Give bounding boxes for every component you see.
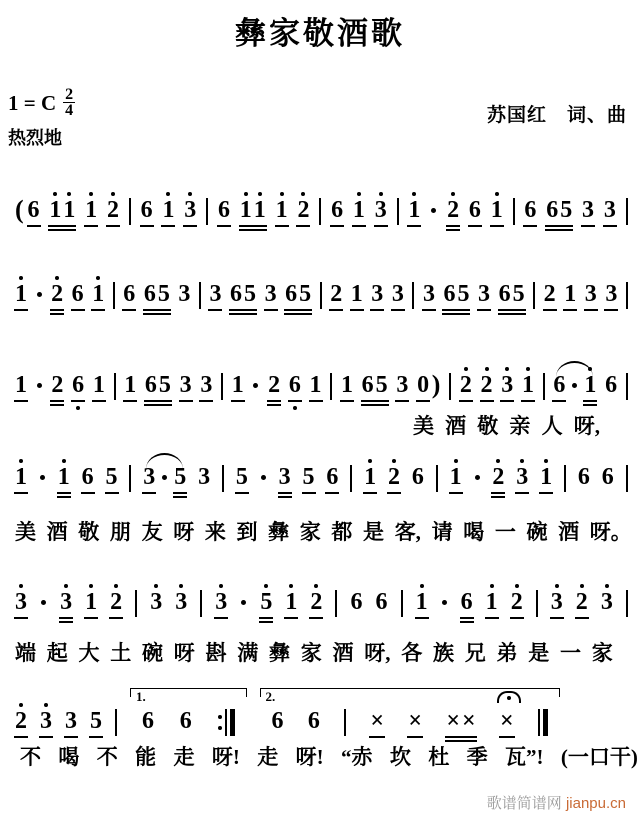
duration-underline xyxy=(325,492,339,494)
note-digit: 6 xyxy=(230,275,242,307)
note: 6 xyxy=(308,702,320,746)
note-digit: 2 xyxy=(388,458,400,490)
time-signature-bottom: 4 xyxy=(63,102,75,118)
octave-dot-slot xyxy=(451,702,456,709)
octave-dot-slot xyxy=(76,366,81,373)
lyric-syllable: 呀, xyxy=(364,637,390,667)
note-digit: 3 xyxy=(143,458,155,490)
note-digit: 1 xyxy=(351,275,363,307)
time-signature-top: 2 xyxy=(65,88,73,102)
duration-underline xyxy=(264,309,278,311)
barline xyxy=(449,373,451,400)
note: 5 xyxy=(260,583,272,627)
note: 1 xyxy=(232,366,244,410)
octave-dot-above-icon xyxy=(154,583,159,590)
octave-dot-slot xyxy=(289,275,294,282)
barline xyxy=(626,282,628,309)
note: 1 xyxy=(364,458,376,502)
key-label: 1 = C xyxy=(8,91,56,116)
note: 65 xyxy=(145,366,171,410)
note: 2 xyxy=(51,275,63,319)
lyric-syllable: 来 xyxy=(205,516,226,546)
note: 5 xyxy=(90,702,102,746)
note-digit: 3 xyxy=(175,583,187,615)
octave-dot-above-icon xyxy=(243,191,248,198)
lyric-syllable: 兄 xyxy=(465,637,486,667)
barline xyxy=(135,590,137,617)
duration-underline xyxy=(550,617,564,619)
music-line-4: 11653535356126123166 xyxy=(15,458,628,502)
lyric-syllable: 族 xyxy=(433,637,454,667)
note-digit: 5 xyxy=(260,583,272,615)
lyric-syllable: 不 xyxy=(20,741,41,771)
sheet-music-page: 彝家敬酒歌 1 = C 2 4 苏国红 词、曲 热烈地 (61112613611… xyxy=(0,0,640,821)
octave-dot-above-icon xyxy=(356,191,361,198)
octave-dot-above-icon xyxy=(588,366,593,373)
barline xyxy=(436,465,438,492)
octave-dot-above-icon xyxy=(301,191,306,198)
duration-underline xyxy=(480,400,494,402)
music-line-3: 126116533126116530)2231616 xyxy=(15,366,628,410)
lyric-syllable: 呀! xyxy=(296,741,324,771)
duration-underline xyxy=(491,492,505,494)
duration-underline xyxy=(446,225,460,227)
note: 3 xyxy=(371,275,383,319)
note-digit: 1 xyxy=(232,366,244,398)
duration-underline xyxy=(278,496,292,498)
barline xyxy=(200,590,202,617)
note-digit: 1 xyxy=(540,458,552,490)
note: 0 xyxy=(417,366,429,410)
note: 2 xyxy=(511,583,523,627)
duration-underline xyxy=(161,225,175,227)
augmentation-dot-icon xyxy=(161,465,168,490)
note: 3 xyxy=(501,366,513,410)
note: 1 xyxy=(540,458,552,502)
slur-group: 61 xyxy=(553,366,596,410)
octave-dot-slot xyxy=(85,458,90,465)
augmentation-dot-icon xyxy=(240,590,247,615)
lyric-syllable: 彝 xyxy=(268,516,289,546)
note: 2 xyxy=(107,191,119,235)
octave-dot-slot xyxy=(178,458,183,465)
octave-dot-slot xyxy=(272,366,277,373)
duration-underline xyxy=(239,229,267,231)
lyric-syllable: 是 xyxy=(528,637,549,667)
lyric-syllable: 美 xyxy=(15,516,36,546)
note: 2 xyxy=(460,366,472,410)
note: 6 xyxy=(602,458,614,502)
note-digit: 1 xyxy=(564,275,576,307)
duration-underline xyxy=(208,309,222,311)
octave-dot-slot xyxy=(504,702,509,709)
note-digit: × xyxy=(462,702,476,734)
octave-dot-slot xyxy=(221,191,226,198)
octave-dot-above-icon xyxy=(494,191,499,198)
note-digit: 3 xyxy=(215,583,227,615)
note-digit: 5 xyxy=(244,275,256,307)
note-digit: 3 xyxy=(265,275,277,307)
duration-underline xyxy=(239,225,267,227)
note: 1 xyxy=(564,275,576,319)
note-digit: 2 xyxy=(576,583,588,615)
note-digit: 1 xyxy=(276,191,288,223)
octave-dot-slot xyxy=(379,366,384,373)
lyric-syllable: 人 xyxy=(542,410,563,440)
duration-underline xyxy=(407,736,423,738)
octave-dot-slot xyxy=(282,458,287,465)
lyric-syllable: 客, xyxy=(395,516,421,546)
duration-underline xyxy=(374,225,388,227)
note: 1 xyxy=(15,366,27,410)
note: 3 xyxy=(178,275,190,319)
parenthesis: ) xyxy=(432,372,441,398)
note-digit: 3 xyxy=(585,275,597,307)
duration-underline xyxy=(460,621,474,623)
repeat-dot xyxy=(218,726,222,730)
note-digit: 3 xyxy=(15,583,27,615)
octave-dot-above-icon xyxy=(110,191,115,198)
duration-underline xyxy=(14,492,28,494)
duration-underline xyxy=(604,309,618,311)
lyric-syllable: “赤 xyxy=(341,741,373,771)
note: 1 xyxy=(486,583,498,627)
duration-underline xyxy=(57,492,71,494)
note-digit: 5 xyxy=(159,366,171,398)
lyric-syllable: 不 xyxy=(97,741,118,771)
octave-dot-slot xyxy=(557,366,562,373)
lyric-syllable: 土 xyxy=(110,637,131,667)
duration-underline xyxy=(267,404,281,406)
note-digit: 1 xyxy=(254,191,266,223)
octave-dot-below-icon xyxy=(76,406,80,410)
note-digit: 2 xyxy=(481,366,493,398)
octave-dot-above-icon xyxy=(19,583,24,590)
duration-underline xyxy=(235,492,249,494)
note-digit: × xyxy=(370,702,384,734)
note-digit: 1 xyxy=(15,275,27,307)
note: 2 xyxy=(492,458,504,502)
barline xyxy=(320,282,322,309)
lyric-syllable: 都 xyxy=(331,516,352,546)
duration-underline xyxy=(309,617,323,619)
note: 6 xyxy=(412,458,424,502)
note: 6 xyxy=(605,366,617,410)
note-digit: 5 xyxy=(560,191,572,223)
note-digit: 1 xyxy=(240,191,252,223)
lyrics-line-3: 端起大土碗呀斟满彝家酒呀,各族兄弟是一家 xyxy=(15,637,613,667)
note-digit: 2 xyxy=(51,275,63,307)
octave-dot-above-icon xyxy=(604,583,609,590)
note-digit: 1 xyxy=(353,191,365,223)
barline xyxy=(129,198,131,225)
duration-underline xyxy=(491,496,505,498)
duration-underline xyxy=(490,225,504,227)
note-digit: 6 xyxy=(461,583,473,615)
duration-underline xyxy=(259,617,273,619)
lyric-syllable: 家 xyxy=(300,516,321,546)
thick-bar xyxy=(543,709,548,736)
duration-underline xyxy=(105,492,119,494)
octave-dot-slot xyxy=(426,275,431,282)
note: 2 xyxy=(297,191,309,235)
duration-underline xyxy=(214,617,228,619)
octave-dot-above-icon xyxy=(264,583,269,590)
duration-underline xyxy=(71,400,85,402)
note-digit: 2 xyxy=(310,583,322,615)
octave-dot-slot xyxy=(375,702,380,709)
note-digit: 6 xyxy=(326,458,338,490)
lyric-syllable: 家 xyxy=(592,637,613,667)
duration-underline xyxy=(288,400,302,402)
note: 65 xyxy=(499,275,525,319)
octave-dot-slot xyxy=(354,275,359,282)
octave-dot-above-icon xyxy=(489,583,494,590)
note-digit: 6 xyxy=(72,366,84,398)
duration-underline xyxy=(229,309,257,311)
barline xyxy=(412,282,414,309)
duration-underline xyxy=(370,309,384,311)
duration-underline xyxy=(387,492,401,494)
barline xyxy=(626,590,628,617)
octave-dot-slot xyxy=(586,191,591,198)
barline xyxy=(199,282,201,309)
note-digit: 3 xyxy=(65,702,77,734)
duration-underline xyxy=(50,404,64,406)
duration-underline xyxy=(71,309,85,311)
duration-underline xyxy=(460,617,474,619)
note: 1 xyxy=(341,366,353,410)
music-line-5: 3312333512661612323 xyxy=(15,583,628,627)
duration-underline xyxy=(575,617,589,619)
lyric-syllable: (一口干) xyxy=(561,741,638,771)
octave-dot-slot xyxy=(311,702,316,709)
duration-underline xyxy=(498,313,526,315)
octave-dot-above-icon xyxy=(378,191,383,198)
note-digit: 5 xyxy=(106,458,118,490)
octave-dot-above-icon xyxy=(257,191,262,198)
note: 2 xyxy=(110,583,122,627)
octave-dot-above-icon xyxy=(484,366,489,373)
note: 3 xyxy=(15,583,27,627)
note: 1 xyxy=(15,275,27,319)
octave-dot-slot xyxy=(415,458,420,465)
note: 3 xyxy=(392,275,404,319)
note: × xyxy=(500,702,514,746)
augmentation-dot-icon xyxy=(571,373,578,398)
note-digit: 1 xyxy=(85,583,97,615)
duration-underline xyxy=(64,736,78,738)
octave-dot-slot xyxy=(268,275,273,282)
note: 2 xyxy=(481,366,493,410)
duration-underline xyxy=(259,621,273,623)
note-digit: 6 xyxy=(141,191,153,223)
thick-bar xyxy=(230,709,235,736)
composer-credit: 苏国红 词、曲 xyxy=(487,100,627,127)
note-digit: 5 xyxy=(457,275,469,307)
note: 1 xyxy=(93,366,105,410)
note-digit: 6 xyxy=(412,458,424,490)
note-digit: 6 xyxy=(142,702,154,734)
note: 1 xyxy=(15,458,27,502)
note-digit: 2 xyxy=(51,366,63,398)
lyric-syllable: 呀 xyxy=(173,516,194,546)
duration-underline xyxy=(92,400,106,402)
note: 3 xyxy=(605,275,617,319)
duration-underline xyxy=(183,225,197,227)
octave-dot-slot xyxy=(607,191,612,198)
note: 2 xyxy=(310,583,322,627)
note: 3 xyxy=(209,275,221,319)
barline xyxy=(626,373,628,400)
barline xyxy=(319,198,321,225)
note-digit: 6 xyxy=(499,275,511,307)
volta-bracket: 2.66××××× xyxy=(260,702,560,746)
octave-dot-above-icon xyxy=(19,702,24,709)
note-digit: 1 xyxy=(522,366,534,398)
octave-dot-slot xyxy=(379,583,384,590)
note: 6 xyxy=(82,458,94,502)
octave-dot-slot xyxy=(96,366,101,373)
note: 1 xyxy=(85,583,97,627)
duration-underline xyxy=(14,736,28,738)
lyric-syllable: 瓦”! xyxy=(505,741,544,771)
duration-underline xyxy=(123,400,137,402)
octave-dot-above-icon xyxy=(289,583,294,590)
note: 1 xyxy=(58,458,70,502)
octave-dot-slot xyxy=(55,366,60,373)
augmentation-dot-icon xyxy=(441,590,448,615)
note-digit: 1 xyxy=(408,191,420,223)
note-digit: 3 xyxy=(392,275,404,307)
note-digit: 6 xyxy=(602,458,614,490)
duration-underline xyxy=(499,736,515,738)
octave-dot-above-icon xyxy=(419,583,424,590)
note: 2 xyxy=(15,702,27,746)
note-digit: 3 xyxy=(423,275,435,307)
slur-group: 35 xyxy=(143,458,186,502)
octave-dot-slot xyxy=(303,275,308,282)
duration-underline xyxy=(449,492,463,494)
lyric-syllable: 呀。 xyxy=(590,516,632,546)
octave-dot-slot xyxy=(502,275,507,282)
lyrics-line-2: 美酒敬朋友呀来到彝家都是客,请喝一碗酒呀。 xyxy=(15,516,632,546)
note: 3 xyxy=(279,458,291,502)
note-digit: 6 xyxy=(605,366,617,398)
volta-measures: 66 xyxy=(130,702,247,746)
duration-underline xyxy=(106,225,120,227)
note: 1 xyxy=(276,191,288,235)
lyric-syllable: 一 xyxy=(495,516,516,546)
barline xyxy=(397,198,399,225)
fermata-icon xyxy=(497,691,521,703)
octave-dot-slot xyxy=(564,191,569,198)
barline xyxy=(115,709,117,736)
note-digit: 5 xyxy=(303,458,315,490)
lyric-syllable: 各 xyxy=(401,637,422,667)
note-digit: 5 xyxy=(174,458,186,490)
duration-underline xyxy=(500,400,514,402)
note: 5 xyxy=(174,458,186,502)
octave-dot-slot xyxy=(421,366,426,373)
octave-dot-slot xyxy=(94,702,99,709)
thin-bar xyxy=(225,709,227,736)
duration-underline xyxy=(468,225,482,227)
note-digit: 6 xyxy=(350,583,362,615)
duration-underline xyxy=(329,309,343,311)
lyric-syllable: 一 xyxy=(560,637,581,667)
octave-dot-slot xyxy=(447,275,452,282)
lyric-syllable: 酒 xyxy=(333,637,354,667)
repeat-barline-icon xyxy=(218,709,235,736)
note: × xyxy=(408,702,422,746)
note: 6 xyxy=(469,191,481,235)
duration-underline xyxy=(48,225,76,227)
note-digit: 3 xyxy=(604,191,616,223)
note: 5 xyxy=(236,458,248,502)
note-digit: 1 xyxy=(364,458,376,490)
note-digit: 2 xyxy=(492,458,504,490)
barline xyxy=(626,465,628,492)
duration-underline xyxy=(498,309,526,311)
lyric-syllable: 碗 xyxy=(527,516,548,546)
note-digit: 1 xyxy=(584,366,596,398)
note: 1 xyxy=(162,191,174,235)
duration-underline xyxy=(581,225,595,227)
lyric-syllable: 杜 xyxy=(428,741,449,771)
augmentation-dot-icon xyxy=(430,198,437,223)
note-digit: 5 xyxy=(513,275,525,307)
note: 65 xyxy=(443,275,469,319)
octave-dot-above-icon xyxy=(19,458,24,465)
lyric-syllable: 亲 xyxy=(509,410,530,440)
duration-underline xyxy=(89,736,103,738)
note: 3 xyxy=(601,583,613,627)
note-digit: 5 xyxy=(90,702,102,734)
octave-dot-above-icon xyxy=(412,191,417,198)
tempo-marking: 热烈地 xyxy=(8,124,62,150)
octave-dot-slot xyxy=(354,583,359,590)
note: 3 xyxy=(375,191,387,235)
note-digit: 2 xyxy=(268,366,280,398)
duration-underline xyxy=(57,496,71,498)
note-digit: 6 xyxy=(553,366,565,398)
note-digit: 6 xyxy=(82,458,94,490)
octave-dot-slot xyxy=(202,458,207,465)
lyric-syllable: 满 xyxy=(237,637,258,667)
duration-underline xyxy=(361,400,389,402)
duration-underline xyxy=(340,400,354,402)
duration-underline xyxy=(416,400,430,402)
lyric-syllable: 碗 xyxy=(142,637,163,667)
thin-bar xyxy=(538,709,540,736)
octave-dot-above-icon xyxy=(61,458,66,465)
barline xyxy=(206,198,208,225)
augmentation-dot-icon xyxy=(474,465,481,490)
octave-dot-above-icon xyxy=(368,458,373,465)
note-digit: 0 xyxy=(417,366,429,398)
lyric-syllable: 酒 xyxy=(445,410,466,440)
octave-dot-above-icon xyxy=(89,191,94,198)
note-digit: 3 xyxy=(40,702,52,734)
duration-underline xyxy=(330,225,344,227)
note: 3 xyxy=(65,702,77,746)
octave-dot-above-icon xyxy=(179,583,184,590)
octave-dot-slot xyxy=(234,275,239,282)
note-digit: 1 xyxy=(450,458,462,490)
duration-underline xyxy=(442,313,470,315)
duration-underline xyxy=(39,736,53,738)
